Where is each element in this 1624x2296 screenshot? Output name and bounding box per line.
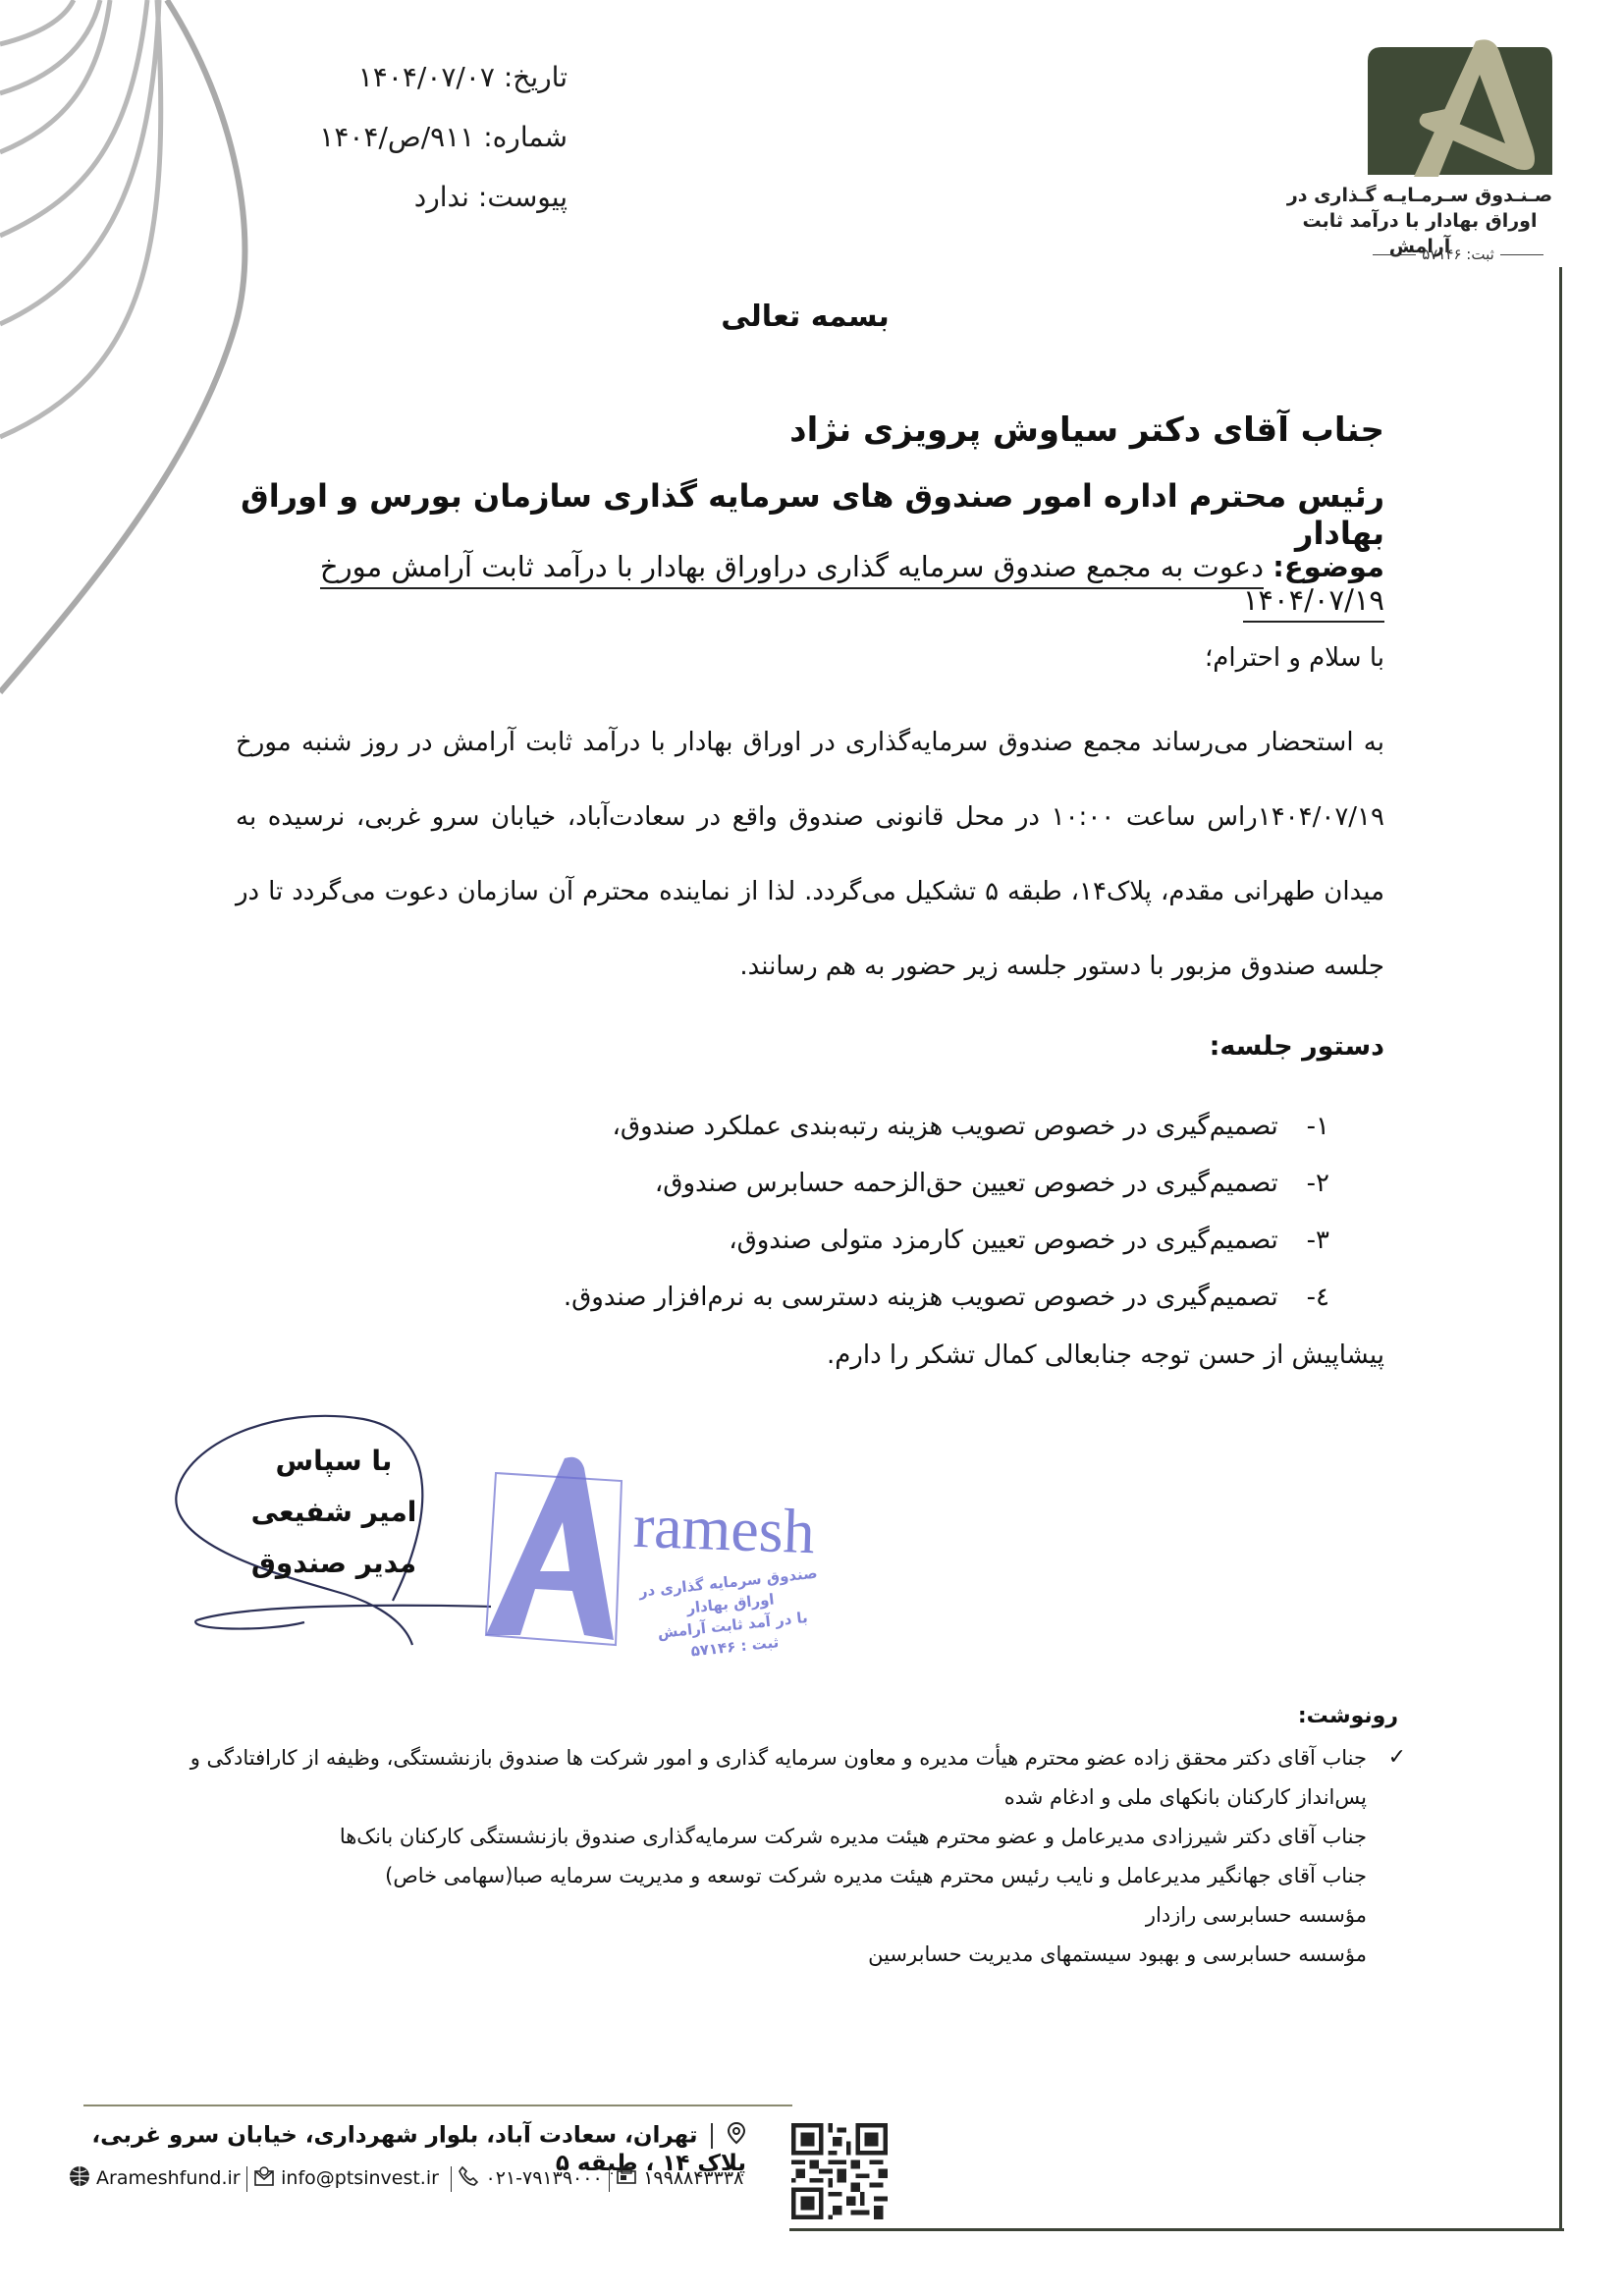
footer-divider-bottom [789,2228,1564,2231]
agenda-item: ۳- تصمیم‌گیری در خصوص تعیین کارمزد متولی… [446,1212,1329,1269]
closing-line: پیشاپیش از حسن توجه جنابعالی کمال تشکر ر… [403,1340,1384,1370]
subject-value: دعوت به مجمع صندوق سرمایه گذاری دراوراق … [320,550,1384,623]
stamp-brand-text: ramesh [632,1490,816,1568]
qr-code-icon[interactable] [791,2121,888,2221]
agenda-item-number: ۱- [1286,1098,1329,1155]
attachment-row: پیوست: ندارد [312,167,568,227]
registration-number: ثبت: ۵۷۱۴۶ [1422,246,1494,263]
phone-icon [458,2165,479,2192]
agenda-item-text: تصمیم‌گیری در خصوص تصویب هزینه رتبه‌بندی… [613,1112,1278,1141]
agenda-item-text: تصمیم‌گیری در خصوص تصویب هزینه دسترسی به… [564,1283,1278,1312]
footer-divider-top [83,2105,792,2106]
checkmark-icon: ✓ [1388,1738,1406,1777]
agenda-item-number: ۲- [1286,1155,1329,1212]
separator [711,2123,713,2149]
cc-heading: رونوشت: [1104,1704,1398,1728]
email-link[interactable]: info@ptsinvest.ir [281,2167,439,2189]
signature-block: با سپاس امیر شفیعی مدیر صندوق [226,1436,442,1589]
separator [246,2166,248,2192]
cc-list: ✓جناب آقای دکتر محقق زاده عضو محترم هیأت… [149,1738,1367,1974]
attachment-value: ندارد [414,181,469,213]
website-link[interactable]: Arameshfund.ir [96,2167,241,2189]
fund-logo-icon [1360,39,1556,182]
logo-caption-line1: صـنـدوق سـرمـایـه گـذاری در [1276,183,1563,208]
fax-icon [616,2165,637,2192]
cc-item-text: جناب آقای دکتر محقق زاده عضو محترم هیأت … [190,1746,1367,1809]
cc-item-text: مؤسسه حسابرسی رازدار [1146,1903,1367,1927]
email-icon [253,2165,275,2192]
recipient-title: رئیس محترم اداره امور صندوق های سرمایه گ… [206,477,1384,552]
agenda-item: ٤- تصمیم‌گیری در خصوص تصویب هزینه دسترسی… [446,1269,1329,1326]
cc-item: مؤسسه حسابرسی و بهبود سیستمهای مدیریت حس… [149,1935,1367,1974]
globe-icon [69,2165,90,2192]
number-label: شماره: [483,121,568,153]
logo-registration: ثبت: ۵۷۱۴۶ [1355,246,1561,263]
date-label: تاریخ: [504,61,568,93]
agenda-item-text: تصمیم‌گیری در خصوص تعیین کارمزد متولی صن… [729,1226,1278,1255]
cc-item-text: جناب آقای جهانگیر مدیرعامل و نایب رئیس م… [385,1864,1367,1887]
phone-number: ۰۲۱-۷۹۱۳۹۰۰۰ [486,2167,603,2189]
agenda-heading: دستور جلسه: [795,1031,1384,1062]
recipient-name: جناب آقای دکتر سیاوش پرویزی نژاد [206,410,1384,450]
greeting: با سلام و احترام؛ [206,643,1384,673]
agenda-list: ۱- تصمیم‌گیری در خصوص تصویب هزینه رتبه‌ب… [446,1098,1329,1326]
agenda-item-text: تصمیم‌گیری در خصوص تعیین حق‌الزحمه حسابر… [655,1169,1278,1198]
agenda-item: ۱- تصمیم‌گیری در خصوص تصویب هزینه رتبه‌ب… [446,1098,1329,1155]
fax-number: ۱۹۹۸۸۴۳۳۳۸ [643,2167,743,2189]
location-pin-icon [727,2121,746,2151]
signatory-name: امیر شفیعی [226,1487,442,1538]
letter-meta: تاریخ: ۱۴۰۴/۰۷/۰۷ شماره: ۹۱۱/ص/۱۴۰۴ پیوس… [312,47,568,227]
divider [1500,254,1543,255]
number-row: شماره: ۹۱۱/ص/۱۴۰۴ [312,107,568,167]
page-border-right [1559,267,1562,2231]
agenda-item-number: ٤- [1286,1269,1329,1326]
cc-item-text: جناب آقای دکتر شیرزادی مدیرعامل و عضو مح… [340,1825,1367,1848]
cc-item: جناب آقای جهانگیر مدیرعامل و نایب رئیس م… [149,1856,1367,1895]
agenda-item: ۲- تصمیم‌گیری در خصوص تعیین حق‌الزحمه حس… [446,1155,1329,1212]
agenda-item-number: ۳- [1286,1212,1329,1269]
cc-item-text: مؤسسه حسابرسی و بهبود سیستمهای مدیریت حس… [868,1942,1367,1966]
signature-thanks: با سپاس [226,1436,442,1487]
date-value: ۱۴۰۴/۰۷/۰۷ [358,61,495,93]
separator [609,2166,611,2192]
subject-label: موضوع: [1272,550,1384,583]
cc-item: ✓جناب آقای دکتر محقق زاده عضو محترم هیأت… [149,1738,1367,1817]
date-row: تاریخ: ۱۴۰۴/۰۷/۰۷ [312,47,568,107]
separator [451,2166,453,2192]
cc-item: جناب آقای دکتر شیرزادی مدیرعامل و عضو مح… [149,1817,1367,1856]
signatory-title: مدیر صندوق [226,1538,442,1589]
cc-item: مؤسسه حسابرسی رازدار [149,1895,1367,1935]
subject-line: موضوع: دعوت به مجمع صندوق سرمایه گذاری د… [206,550,1384,617]
divider [1373,254,1416,255]
attachment-label: پیوست: [478,181,568,213]
footer-contacts: Arameshfund.ir info@ptsinvest.ir ۰۲۱-۷۹۱… [69,2165,776,2192]
invocation-heading: بسمه تعالی [648,300,962,334]
number-value: ۹۱۱/ص/۱۴۰۴ [319,121,474,153]
body-paragraph: به استحضار می‌رساند مجمع صندوق سرمایه‌گذ… [236,705,1384,1004]
